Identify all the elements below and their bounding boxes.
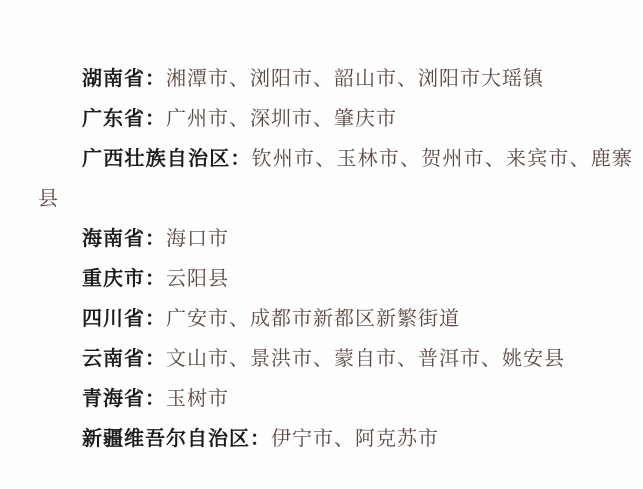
province-entry: 云南省：文山市、景洪市、蒙自市、普洱市、姚安县 [38,339,633,379]
province-label: 广西壮族自治区： [82,148,252,170]
province-entry: 青海省：玉树市 [38,379,633,419]
province-label: 云南省： [82,348,166,370]
city-list: 广州市、深圳市、肇庆市 [166,108,397,130]
province-label: 青海省： [82,388,166,410]
province-label: 海南省： [82,228,166,250]
city-list: 湘潭市、浏阳市、韶山市、浏阳市大瑶镇 [166,68,544,90]
province-label: 四川省： [82,308,166,330]
province-entry: 新疆维吾尔自治区：伊宁市、阿克苏市 [38,419,633,459]
city-list: 玉树市 [166,388,229,410]
province-entry: 广西壮族自治区：钦州市、玉林市、贺州市、来宾市、鹿寨县 [38,139,633,219]
province-entry: 海南省：海口市 [38,219,633,259]
city-list: 海口市 [166,228,229,250]
province-entry: 四川省：广安市、成都市新都区新繁街道 [38,299,633,339]
province-entry: 湖南省：湘潭市、浏阳市、韶山市、浏阳市大瑶镇 [38,59,633,99]
province-entry: 重庆市：云阳县 [38,259,633,299]
city-list: 广安市、成都市新都区新繁街道 [166,308,460,330]
province-label: 湖南省： [82,68,166,90]
city-list: 伊宁市、阿克苏市 [271,428,439,450]
city-list: 云阳县 [166,268,229,290]
province-label: 新疆维吾尔自治区： [82,428,271,450]
province-label: 广东省： [82,108,166,130]
city-list: 文山市、景洪市、蒙自市、普洱市、姚安县 [166,348,565,370]
province-label: 重庆市： [82,268,166,290]
document-page: 湖南省：湘潭市、浏阳市、韶山市、浏阳市大瑶镇 广东省：广州市、深圳市、肇庆市 广… [0,0,643,489]
province-entry: 广东省：广州市、深圳市、肇庆市 [38,99,633,139]
